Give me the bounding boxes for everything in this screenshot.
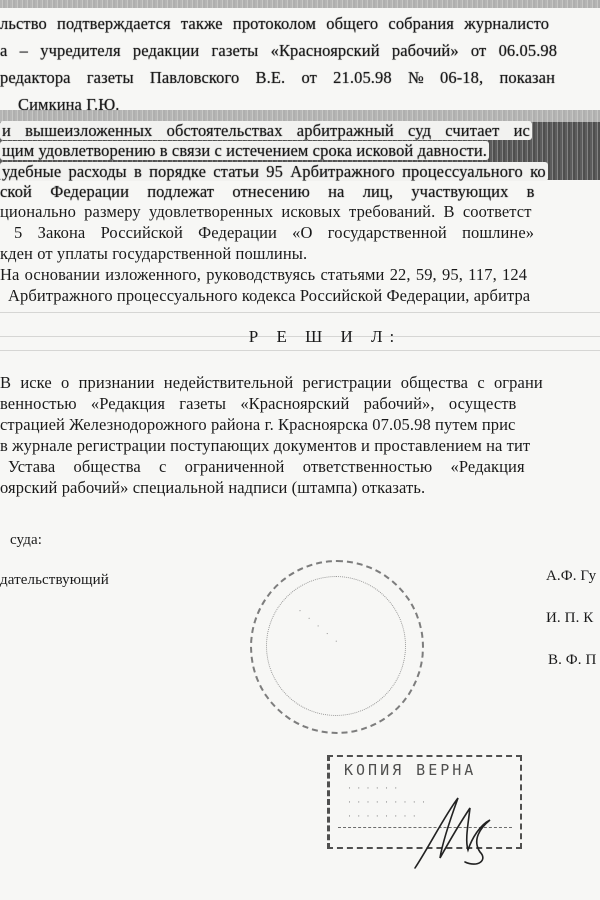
text-line: и вышеизложенных обстоятельствах арбитра… [0,121,532,141]
judge-name: А.Ф. Гу [546,566,596,586]
text-line: кден от уплаты государственной пошлины. [0,244,307,264]
decision-heading: Р Е Ш И Л: [0,327,600,347]
presiding-label: дательствующий [0,570,109,590]
text-run: и вышеизложенных обстоятельствах арбитра… [0,121,532,140]
text-line: щим удовлетворению в связи с истечением … [0,141,489,161]
handwritten-signature-icon [410,790,500,870]
scan-noise-band [0,0,600,8]
text-line: Симкина Г.Ю. [18,95,120,115]
scan-artifact [0,312,600,313]
text-line: ской Федерации подлежат отнесению на лиц… [0,182,535,202]
court-label: суда: [10,530,42,550]
text-line: Устава общества с ограниченной ответстве… [8,457,525,477]
text-line: На основании изложенного, руководствуясь… [0,265,527,285]
stamp-text: · · · · · · · · [348,811,418,821]
text-line: а – учредителя редакции газеты «Краснояр… [0,41,557,61]
text-line: венностью «Редакция газеты «Красноярский… [0,394,516,414]
scan-artifact [0,350,600,351]
stamp-text: · · · · · · [348,783,399,793]
text-line: Арбитражного процессуального кодекса Рос… [8,286,530,306]
stamp-title: КОПИЯ ВЕРНА [344,761,476,779]
text-line: удебные расходы в порядке статьи 95 Арби… [0,162,548,182]
text-line: оярский рабочий» специальной надписи (шт… [0,478,425,498]
text-run: щим удовлетворению в связи с истечением … [0,141,489,160]
text-line: В иске о признании недействительной реги… [0,373,543,393]
text-line: в журнале регистрации поступающих докуме… [0,436,530,456]
text-line: 5 Закона Российской Федерации «О государ… [14,223,534,243]
judge-name: В. Ф. П [548,650,596,670]
text-run: удебные расходы в порядке статьи 95 Арби… [0,162,548,181]
text-line: страцией Железнодорожного района г. Крас… [0,415,515,435]
judge-name: И. П. К [546,608,593,628]
document-page: льство подтверждается также протоколом о… [0,0,600,900]
round-seal-icon: · · · · · [250,560,424,734]
text-line: редактора газеты Павловского В.Е. от 21.… [0,68,555,88]
text-line: льство подтверждается также протоколом о… [0,14,549,34]
text-line: ционально размеру удовлетворенных исковы… [0,202,532,222]
